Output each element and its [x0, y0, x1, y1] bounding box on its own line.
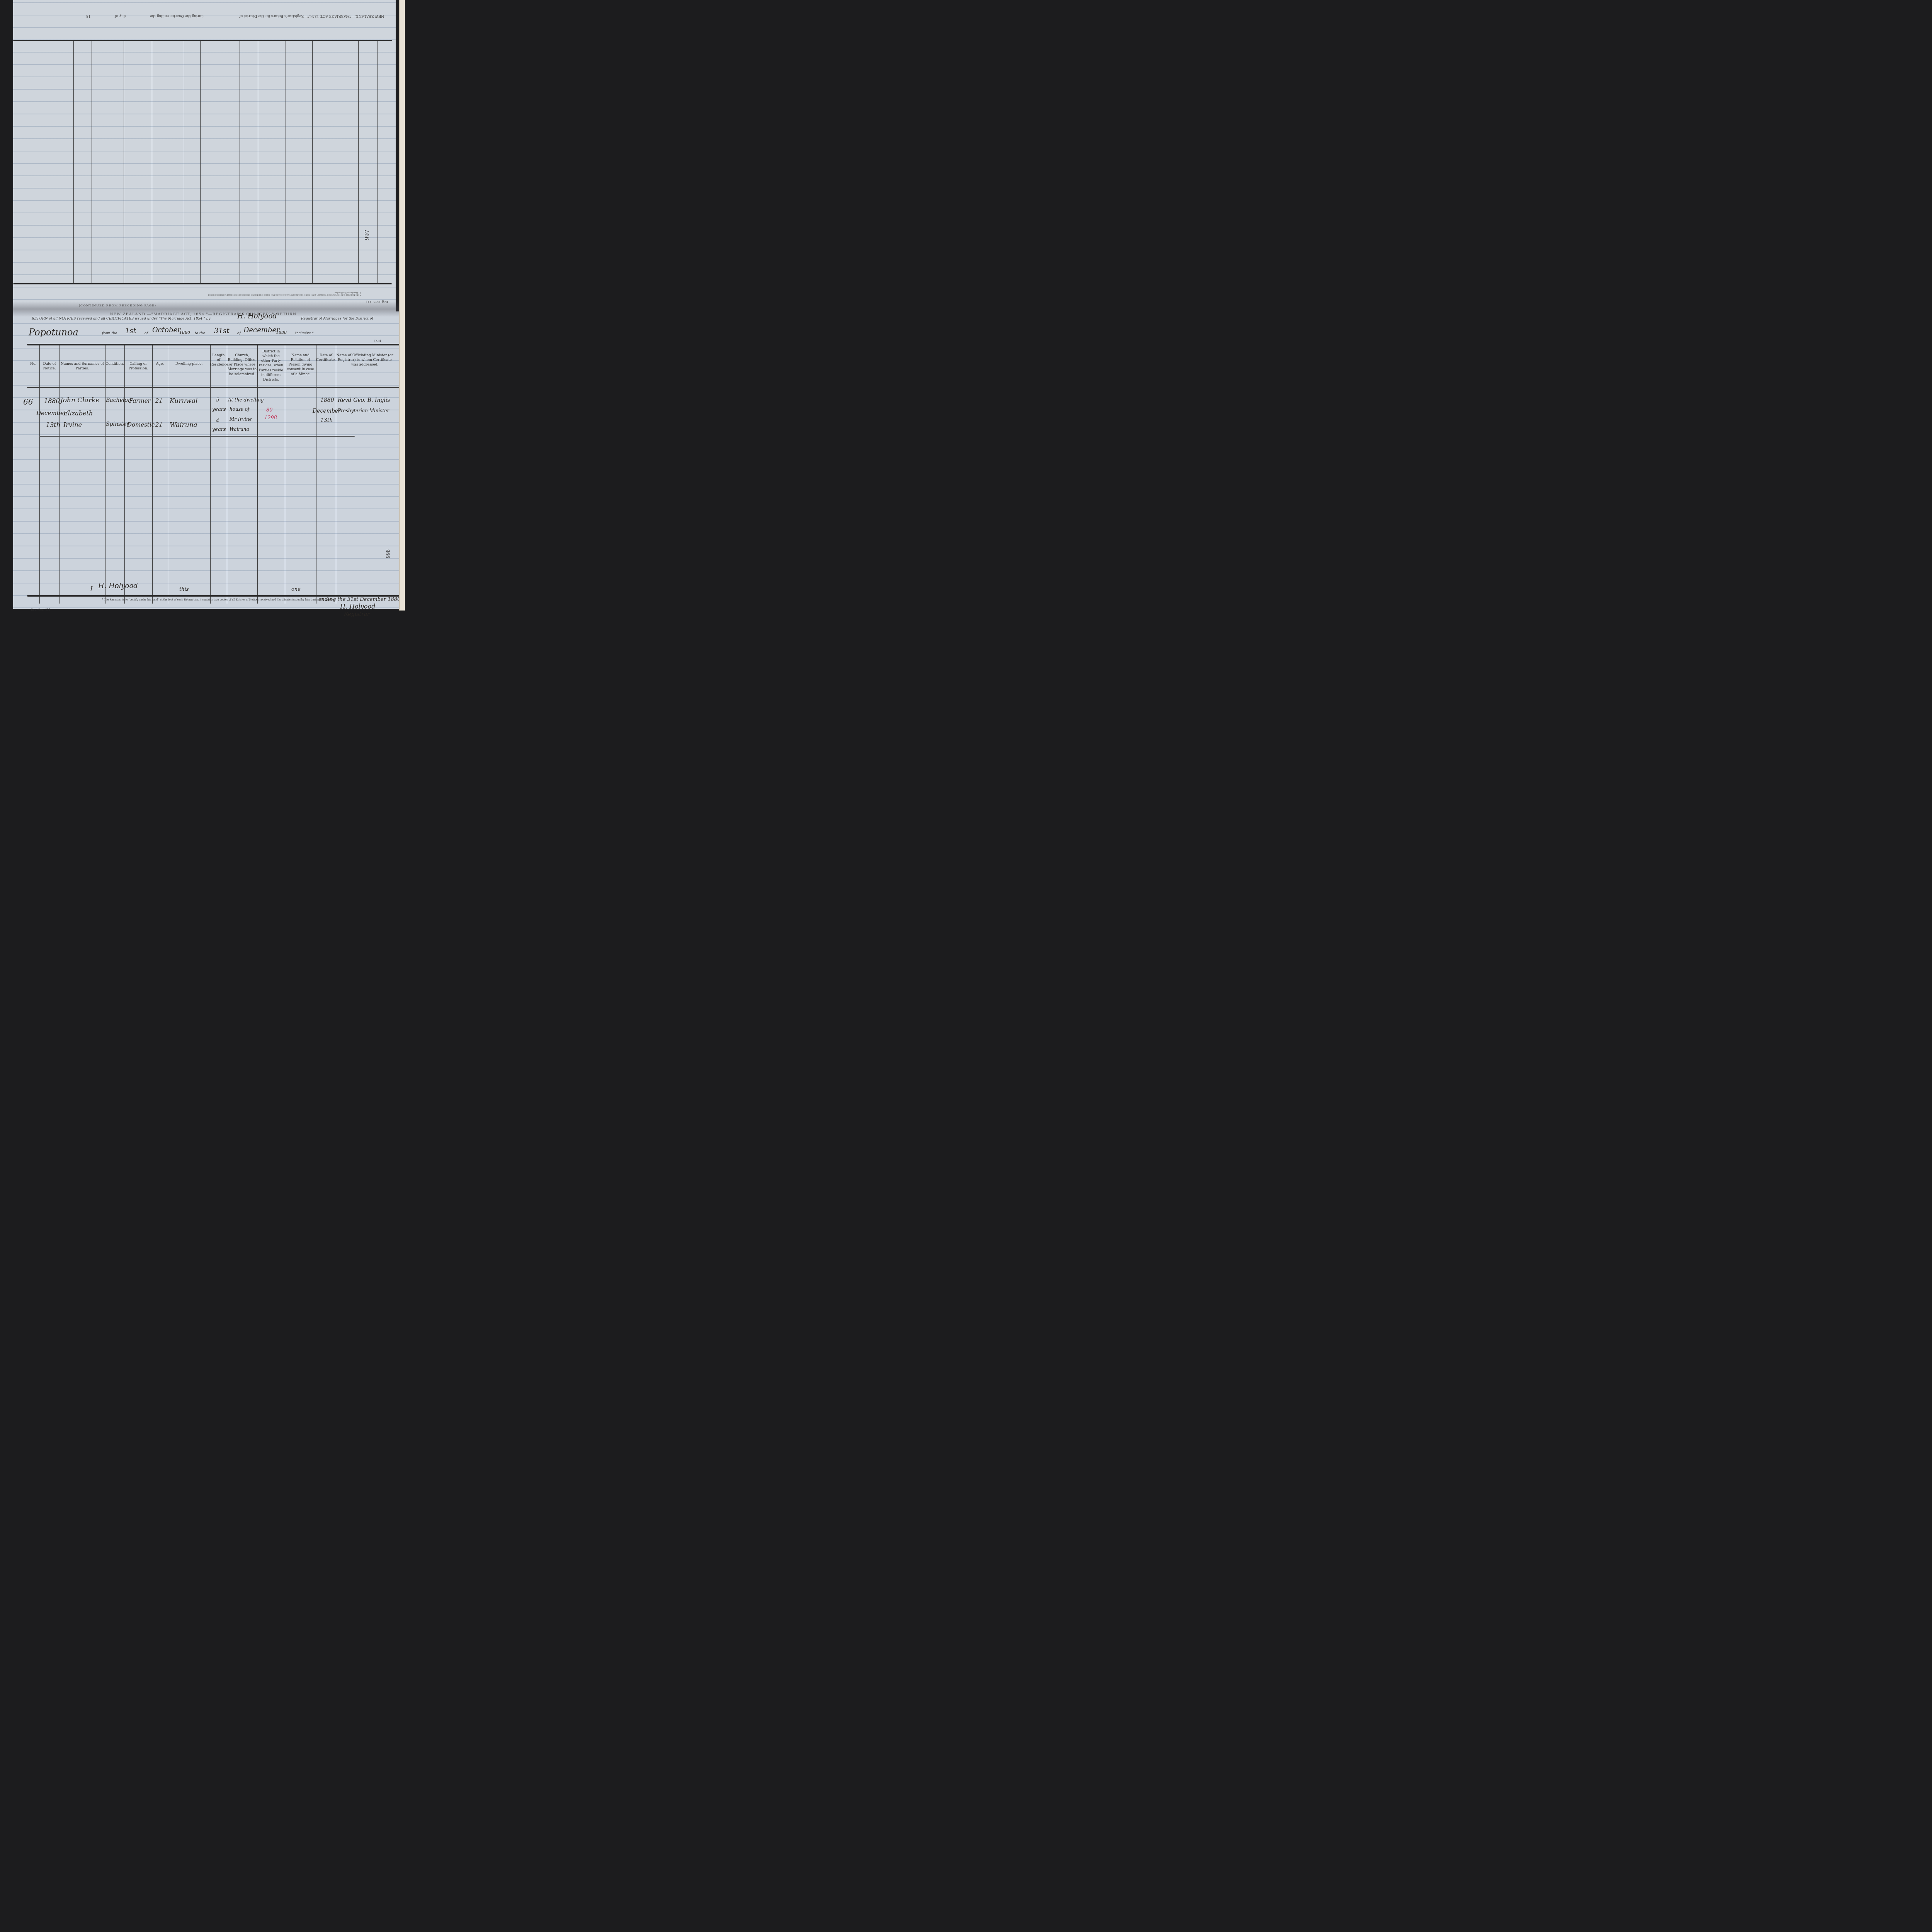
- party2-age: 21: [155, 421, 163, 428]
- top-footnote: * The Registrar is to "certify under his…: [206, 291, 361, 296]
- to-year: 1880: [276, 330, 287, 335]
- from-month: October: [152, 326, 181, 334]
- entry-date-year: 1880: [44, 397, 60, 405]
- district-name: Popotunoa: [29, 327, 78, 338]
- party1-length-unit: years: [212, 406, 226, 412]
- col-header-date: Date of Notice.: [39, 362, 60, 371]
- signoff-title: Registrar: [344, 611, 370, 617]
- to-day: 31st: [214, 327, 229, 335]
- signoff-name: H. Holyood: [340, 603, 375, 610]
- entry-date-month: December: [36, 410, 66, 417]
- return-line-suffix: Registrar of Marriages for the District …: [301, 317, 373, 321]
- col-header-calling: Calling or Profession.: [124, 362, 152, 371]
- party2-condition: Spinster: [106, 421, 129, 427]
- top-page-stamp: 997: [364, 230, 371, 240]
- entry-no: 66: [23, 397, 33, 406]
- cert-month: December: [313, 408, 341, 414]
- header-rule: [27, 344, 400, 345]
- certify-ending: ending the 31st December 1880: [318, 597, 400, 602]
- minister-denomination: Presbyterian Minister: [338, 408, 389, 413]
- certify-this: this: [179, 587, 189, 592]
- top-footer-rule: [13, 283, 392, 284]
- bottom-page: (CONTINUED FROM PRECEDING PAGE) NEW ZEAL…: [13, 311, 400, 609]
- page-stamp: 998: [386, 549, 391, 558]
- party2-length-unit: years: [212, 427, 226, 432]
- col-header-names: Names and Surnames of Parties.: [60, 362, 105, 371]
- entry-date-day: 13th: [46, 421, 60, 429]
- top-title-line: NEW ZEALAND.—"MARRIAGE ACT, 1854."—Regis…: [13, 14, 384, 18]
- certify-prefix: I: [90, 586, 93, 592]
- party1-length-num: 5: [216, 397, 219, 403]
- cert-year: 1880: [320, 397, 334, 403]
- church-line-4: Wairuna: [230, 427, 249, 432]
- col-header-no: No.: [27, 362, 39, 366]
- page-number: [301: [374, 339, 381, 343]
- from-day: 1st: [125, 327, 136, 335]
- col-header-length: Length of Residence.: [210, 353, 227, 367]
- party1-name: John Clarke: [60, 396, 99, 404]
- col-header-cert-date: Date of Certificate.: [316, 353, 336, 362]
- party2-dwelling: Wairuna: [170, 421, 197, 429]
- top-page-upside-down: Reg.-Gen. 11] * The Registrar is to "cer…: [13, 0, 396, 311]
- top-header-rule: [13, 40, 392, 41]
- header-bottom-rule: [27, 387, 400, 388]
- certify-signature: H. Holyood: [98, 582, 138, 590]
- return-line-prefix: RETURN of all NOTICES received and all C…: [32, 317, 211, 321]
- party2-calling: Domestic: [127, 421, 155, 428]
- party1-dwelling: Kuruwai: [170, 397, 197, 405]
- church-line-2: house of: [230, 406, 249, 412]
- certify-one: one: [291, 587, 301, 592]
- church-line-1: At the dwelling: [228, 397, 264, 403]
- col-header-condition: Condition.: [105, 362, 124, 366]
- entry-end-rule: [39, 436, 355, 437]
- minister-name: Revd Geo. B. Inglis: [338, 397, 390, 403]
- top-form-code: Reg.-Gen. 11]: [366, 300, 388, 304]
- church-line-3: Mr Irvine: [230, 417, 252, 422]
- party2-name-last: Irvine: [63, 421, 82, 429]
- registration-ref-bottom: 1298: [264, 415, 277, 421]
- col-header-district: District in which the other Party reside…: [257, 349, 285, 382]
- party1-calling: Farmer: [129, 397, 151, 404]
- from-year: 1880: [179, 330, 190, 335]
- continued-label: (CONTINUED FROM PRECEDING PAGE): [79, 304, 156, 307]
- party1-age: 21: [155, 397, 163, 404]
- col-header-church: Church, Building, Office, or Place where…: [227, 353, 257, 377]
- registration-ref-top: 80: [266, 407, 273, 413]
- to-month: December: [243, 326, 280, 334]
- party1-condition: Bachelor: [106, 397, 130, 403]
- col-header-minister: Name of Officiating Minister (or Registr…: [336, 353, 394, 367]
- party2-length-num: 4: [216, 418, 219, 424]
- registrar-name: H. Holyood: [237, 312, 277, 320]
- form-code: Reg.-Gen. 11]: [31, 608, 50, 611]
- certify-footnote: * The Registrar is to "certify under his…: [102, 598, 335, 601]
- col-header-dwelling: Dwelling-place.: [168, 362, 210, 366]
- col-header-consent: Name and Relation of Person giving conse…: [285, 353, 316, 377]
- cert-day: 13th: [320, 417, 333, 423]
- party2-name-first: Elizabeth: [63, 410, 93, 417]
- page-edges: [399, 0, 405, 611]
- col-header-age: Age.: [152, 362, 168, 366]
